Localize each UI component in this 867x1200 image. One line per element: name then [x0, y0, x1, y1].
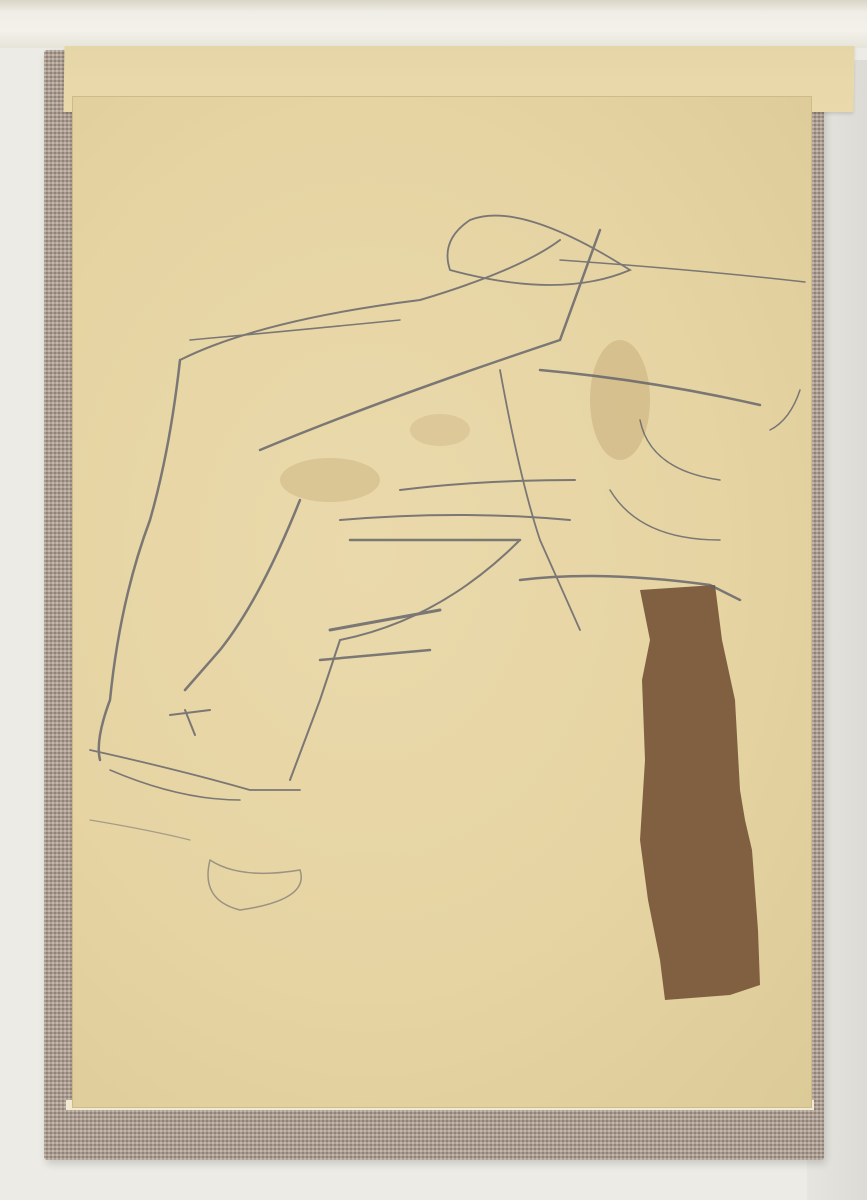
sketchbook-photo: [0, 0, 867, 1200]
brown-stain: [640, 585, 760, 1000]
faint-stain: [590, 340, 650, 460]
faint-stain: [410, 414, 470, 446]
faint-stain: [280, 458, 380, 502]
sketch-drawing: [0, 0, 867, 1200]
